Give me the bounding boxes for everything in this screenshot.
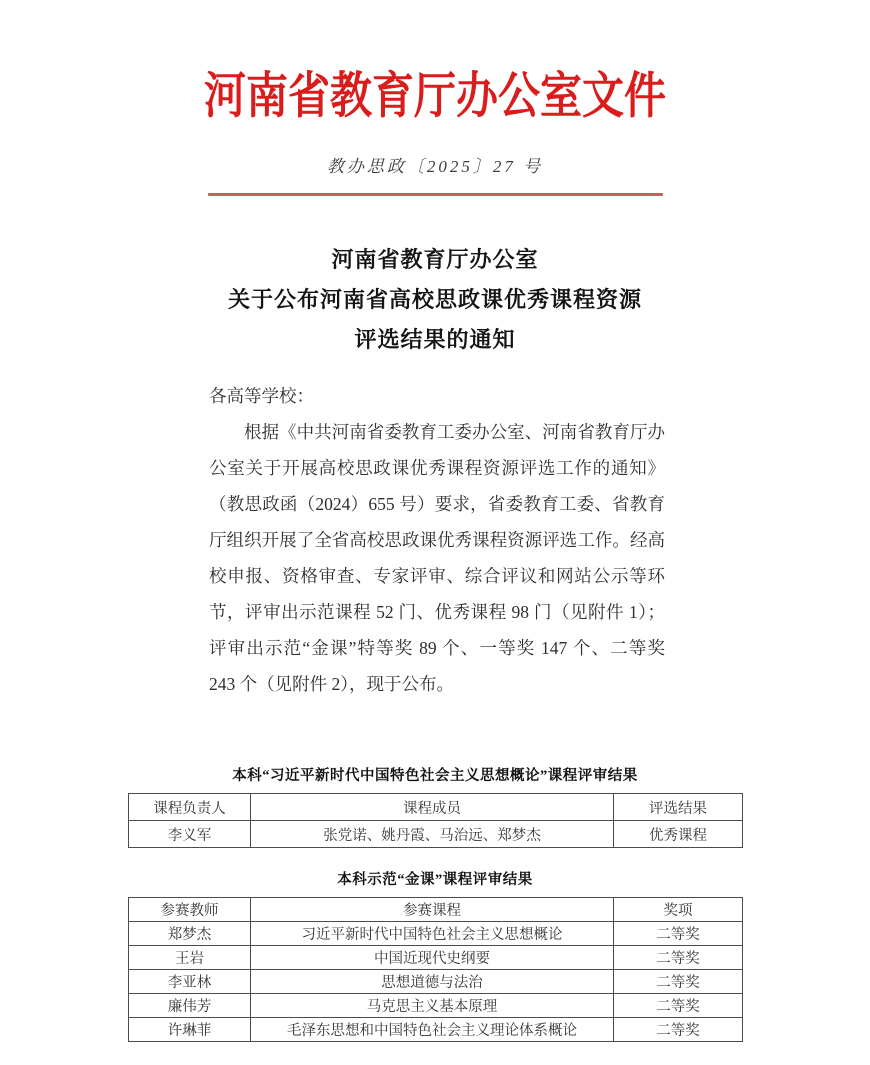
table2-title: 本科示范“金课”课程评审结果 xyxy=(0,868,870,889)
table-cell: 张党诺、姚丹霞、马治远、郑梦杰 xyxy=(251,821,614,848)
table-cell: 李义军 xyxy=(129,821,251,848)
table-cell: 中国近现代史纲要 xyxy=(251,946,614,970)
table-header-row: 参赛教师参赛课程奖项 xyxy=(129,898,743,922)
table-cell: 马克思主义基本原理 xyxy=(251,994,614,1018)
table-cell: 二等奖 xyxy=(614,970,743,994)
table2-golden-course-results: 参赛教师参赛课程奖项郑梦杰习近平新时代中国特色社会主义思想概论二等奖王岩中国近现… xyxy=(128,897,743,1042)
table-row: 廉伟芳马克思主义基本原理二等奖 xyxy=(129,994,743,1018)
table-section-thought-course: 本科“习近平新时代中国特色社会主义思想概论”课程评审结果 课程负责人课程成员评选… xyxy=(0,764,870,848)
doc-number: 教办思政〔2025〕27 号 xyxy=(0,152,870,177)
document-title-line-2: 关于公布河南省高校思政课优秀课程资源 xyxy=(0,280,870,320)
table-cell: 许琳菲 xyxy=(129,1018,251,1042)
red-divider-rule xyxy=(208,193,663,196)
table-cell: 王岩 xyxy=(129,946,251,970)
table-header-cell: 奖项 xyxy=(614,898,743,922)
table-cell: 廉伟芳 xyxy=(129,994,251,1018)
document-title: 河南省教育厅办公室 关于公布河南省高校思政课优秀课程资源 评选结果的通知 xyxy=(0,240,870,360)
document-page: 河南省教育厅办公室文件 教办思政〔2025〕27 号 河南省教育厅办公室 关于公… xyxy=(0,0,870,1065)
table-cell: 二等奖 xyxy=(614,994,743,1018)
table-cell: 二等奖 xyxy=(614,946,743,970)
letterhead-title: 河南省教育厅办公室文件 xyxy=(0,64,870,130)
table-header-cell: 评选结果 xyxy=(614,794,743,821)
table-header-cell: 参赛教师 xyxy=(129,898,251,922)
table1-course-review-results: 课程负责人课程成员评选结果李义军张党诺、姚丹霞、马治远、郑梦杰优秀课程 xyxy=(128,793,743,848)
table-cell: 优秀课程 xyxy=(614,821,743,848)
document-title-line-1: 河南省教育厅办公室 xyxy=(0,240,870,280)
table-section-golden-course: 本科示范“金课”课程评审结果 参赛教师参赛课程奖项郑梦杰习近平新时代中国特色社会… xyxy=(0,868,870,1042)
table-row: 郑梦杰习近平新时代中国特色社会主义思想概论二等奖 xyxy=(129,922,743,946)
table-row: 李亚林思想道德与法治二等奖 xyxy=(129,970,743,994)
table-cell: 二等奖 xyxy=(614,922,743,946)
document-title-line-3: 评选结果的通知 xyxy=(0,320,870,360)
table-header-cell: 参赛课程 xyxy=(251,898,614,922)
table-row: 王岩中国近现代史纲要二等奖 xyxy=(129,946,743,970)
table-row: 李义军张党诺、姚丹霞、马治远、郑梦杰优秀课程 xyxy=(129,821,743,848)
table-cell: 李亚林 xyxy=(129,970,251,994)
letterhead-title-text: 河南省教育厅办公室文件 xyxy=(204,58,666,136)
table-row: 许琳菲毛泽东思想和中国特色社会主义理论体系概论二等奖 xyxy=(129,1018,743,1042)
table-cell: 二等奖 xyxy=(614,1018,743,1042)
document-body: 各高等学校： 根据《中共河南省委教育工委办公室、河南省教育厅办公室关于开展高校思… xyxy=(209,378,665,702)
table-header-cell: 课程成员 xyxy=(251,794,614,821)
table-cell: 毛泽东思想和中国特色社会主义理论体系概论 xyxy=(251,1018,614,1042)
salutation: 各高等学校： xyxy=(209,378,665,414)
table-cell: 习近平新时代中国特色社会主义思想概论 xyxy=(251,922,614,946)
table-cell: 思想道德与法治 xyxy=(251,970,614,994)
table1-title: 本科“习近平新时代中国特色社会主义思想概论”课程评审结果 xyxy=(0,764,870,785)
table-header-row: 课程负责人课程成员评选结果 xyxy=(129,794,743,821)
table-header-cell: 课程负责人 xyxy=(129,794,251,821)
table-cell: 郑梦杰 xyxy=(129,922,251,946)
body-paragraph: 根据《中共河南省委教育工委办公室、河南省教育厅办公室关于开展高校思政课优秀课程资… xyxy=(209,414,665,702)
